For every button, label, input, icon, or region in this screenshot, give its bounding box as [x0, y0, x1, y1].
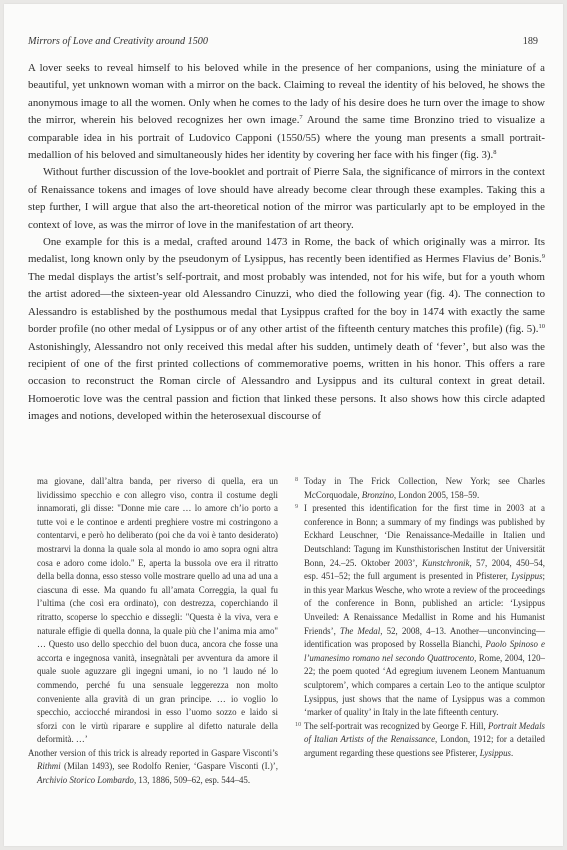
- footnote-10: 10The self-portrait was recognized by Ge…: [295, 720, 545, 761]
- paragraph-1: A lover seeks to reveal himself to his b…: [28, 60, 545, 164]
- footnote-ref-9[interactable]: 9: [542, 253, 545, 260]
- book-page: Mirrors of Love and Creativity around 15…: [4, 4, 563, 846]
- paragraph-2: Without further discussion of the love-b…: [28, 164, 545, 234]
- footnote-number: 10: [295, 720, 301, 730]
- main-text: A lover seeks to reveal himself to his b…: [28, 60, 545, 426]
- footnote-8: 8Today in The Frick Collection, New York…: [295, 475, 545, 502]
- footnotes: ma giovane, dall’altra banda, per rivers…: [28, 475, 545, 788]
- paragraph-3: One example for this is a medal, crafted…: [28, 234, 545, 425]
- footnote-ref-10[interactable]: 10: [539, 323, 546, 330]
- footnotes-left-column: ma giovane, dall’altra banda, per rivers…: [28, 475, 278, 788]
- footnotes-right-column: 8Today in The Frick Collection, New York…: [295, 475, 545, 788]
- running-title: Mirrors of Love and Creativity around 15…: [28, 36, 208, 47]
- footnote-7-continuation: Another version of this trick is already…: [37, 747, 278, 788]
- footnote-number: 9: [295, 502, 298, 512]
- footnote-ref-8[interactable]: 8: [493, 149, 496, 156]
- footnote-9: 9I presented this identification for the…: [295, 502, 545, 720]
- running-head: Mirrors of Love and Creativity around 15…: [28, 36, 538, 47]
- footnote-7-quote-continuation: ma giovane, dall’altra banda, per rivers…: [37, 475, 278, 747]
- footnote-number: 8: [295, 475, 298, 485]
- page-number: 189: [523, 36, 538, 47]
